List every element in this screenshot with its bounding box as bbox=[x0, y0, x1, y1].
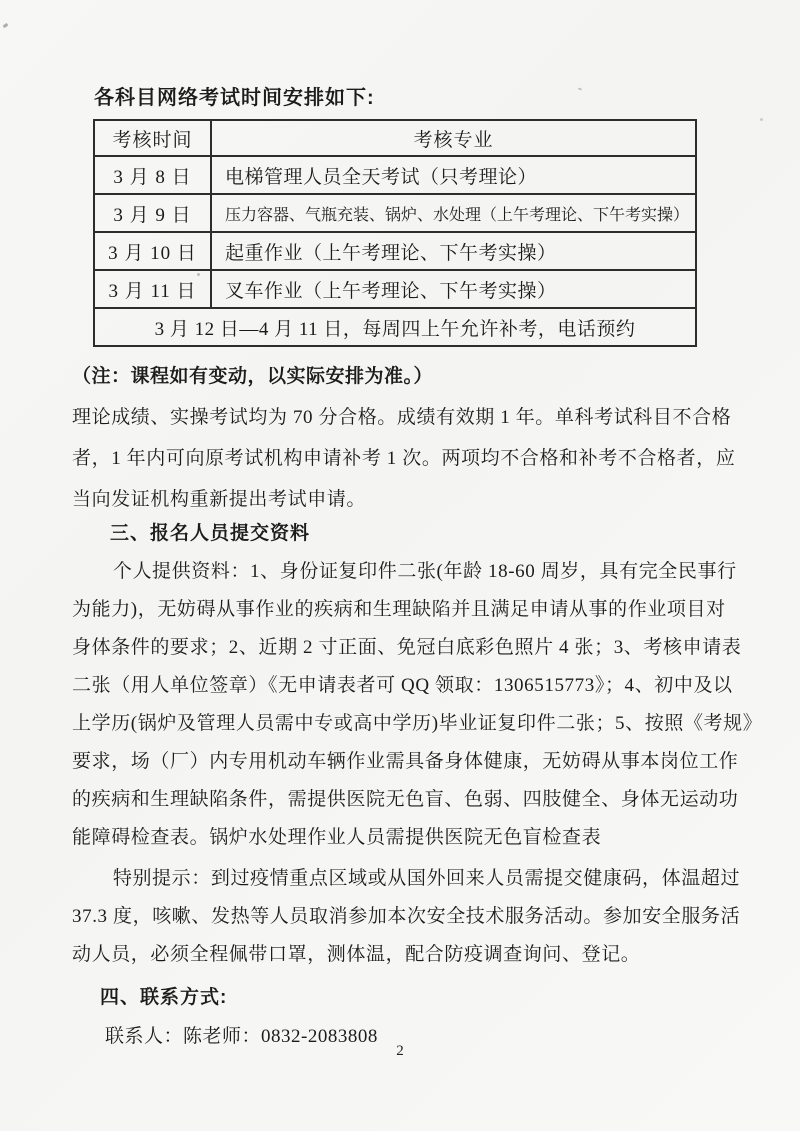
exam-date-cell: 3 月 8 日 bbox=[94, 156, 211, 194]
text-line: 37.3 度，咳嗽、发热等人员取消参加本次安全技术服务活动。参加安全服务活 bbox=[72, 898, 728, 936]
special-notice-paragraph: 特别提示：到过疫情重点区域或从国外回来人员需提交健康码，体温超过 37.3 度，… bbox=[72, 860, 728, 974]
exam-date-cell: 3 月 11 日 bbox=[94, 270, 211, 308]
scan-speck bbox=[3, 23, 9, 28]
text-line: 者，1 年内可向原考试机构申请补考 1 次。两项均不合格和补考不合格者，应 bbox=[72, 438, 728, 479]
exam-date-cell: 3 月 10 日 bbox=[94, 232, 211, 270]
intro-heading: 各科目网络考试时间安排如下: bbox=[94, 86, 728, 110]
scoring-rules-paragraph: 理论成绩、实操考试均为 70 分合格。成绩有效期 1 年。单科考试科目不合格 者… bbox=[72, 397, 728, 520]
makeup-exam-note: 3 月 12 日—4 月 11 日，每周四上午允许补考，电话预约 bbox=[94, 308, 696, 346]
application-materials-paragraph: 个人提供资料：1、身份证复印件二张(年龄 18-60 周岁，具有完全民事行 为能… bbox=[72, 553, 728, 857]
exam-subject-cell: 压力容器、气瓶充装、锅炉、水处理（上午考理论、下午考实操） bbox=[211, 194, 696, 232]
text-line: 动人员，必须全程佩带口罩，测体温，配合防疫调查询问、登记。 bbox=[72, 936, 728, 974]
section-four-heading: 四、联系方式: bbox=[100, 985, 728, 1011]
table-row: 3 月 10 日 起重作业（上午考理论、下午考实操） bbox=[94, 232, 696, 270]
text-line: 理论成绩、实操考试均为 70 分合格。成绩有效期 1 年。单科考试科目不合格 bbox=[72, 397, 728, 438]
table-header-row: 考核时间 考核专业 bbox=[94, 120, 696, 156]
exam-subject-cell: 起重作业（上午考理论、下午考实操） bbox=[211, 232, 696, 270]
text-line: 的疾病和生理缺陷条件，需提供医院无色盲、色弱、四肢健全、身体无运动功 bbox=[72, 781, 728, 819]
text-line: 二张（用人单位签章）《无申请表者可 QQ 领取：1306515773》；4、初中… bbox=[72, 667, 728, 705]
text-line: 当向发证机构重新提出考试申请。 bbox=[72, 479, 728, 520]
text-line: 身体条件的要求；2、近期 2 寸正面、免冠白底彩色照片 4 张；3、考核申请表 bbox=[72, 629, 728, 667]
scan-speck bbox=[197, 273, 200, 276]
exam-date-cell: 3 月 9 日 bbox=[94, 194, 211, 232]
scan-speck bbox=[760, 118, 763, 121]
text-line: 为能力)，无妨碍从事作业的疾病和生理缺陷并且满足申请从事的作业项目对 bbox=[72, 591, 728, 629]
exam-schedule-table: 考核时间 考核专业 3 月 8 日 电梯管理人员全天考试（只考理论） 3 月 9… bbox=[93, 119, 697, 347]
table-header-time: 考核时间 bbox=[94, 120, 211, 156]
exam-subject-cell: 叉车作业（上午考理论、下午考实操） bbox=[211, 270, 696, 308]
document-page: 各科目网络考试时间安排如下: 考核时间 考核专业 3 月 8 日 电梯管理人员全… bbox=[0, 0, 800, 1131]
table-header-subject: 考核专业 bbox=[211, 120, 696, 156]
schedule-change-note: （注：课程如有变动，以实际安排为准。） bbox=[72, 364, 728, 390]
table-footer-row: 3 月 12 日—4 月 11 日，每周四上午允许补考，电话预约 bbox=[94, 308, 696, 346]
text-line: 要求，场（厂）内专用机动车辆作业需具备身体健康，无妨碍从事本岗位工作 bbox=[72, 743, 728, 781]
table-row: 3 月 11 日 叉车作业（上午考理论、下午考实操） bbox=[94, 270, 696, 308]
exam-subject-cell: 电梯管理人员全天考试（只考理论） bbox=[211, 156, 696, 194]
table-row: 3 月 8 日 电梯管理人员全天考试（只考理论） bbox=[94, 156, 696, 194]
text-line: 上学历(锅炉及管理人员需中专或高中学历)毕业证复印件二张；5、按照《考规》 bbox=[72, 705, 728, 743]
page-number: 2 bbox=[0, 1043, 800, 1060]
text-line: 能障碍检查表。锅炉水处理作业人员需提供医院无色盲检查表 bbox=[72, 819, 728, 857]
text-line: 特别提示：到过疫情重点区域或从国外回来人员需提交健康码，体温超过 bbox=[72, 860, 728, 898]
table-row: 3 月 9 日 压力容器、气瓶充装、锅炉、水处理（上午考理论、下午考实操） bbox=[94, 194, 696, 232]
section-three-heading: 三、报名人员提交资料 bbox=[110, 521, 728, 547]
text-line: 个人提供资料：1、身份证复印件二张(年龄 18-60 周岁，具有完全民事行 bbox=[72, 553, 728, 591]
